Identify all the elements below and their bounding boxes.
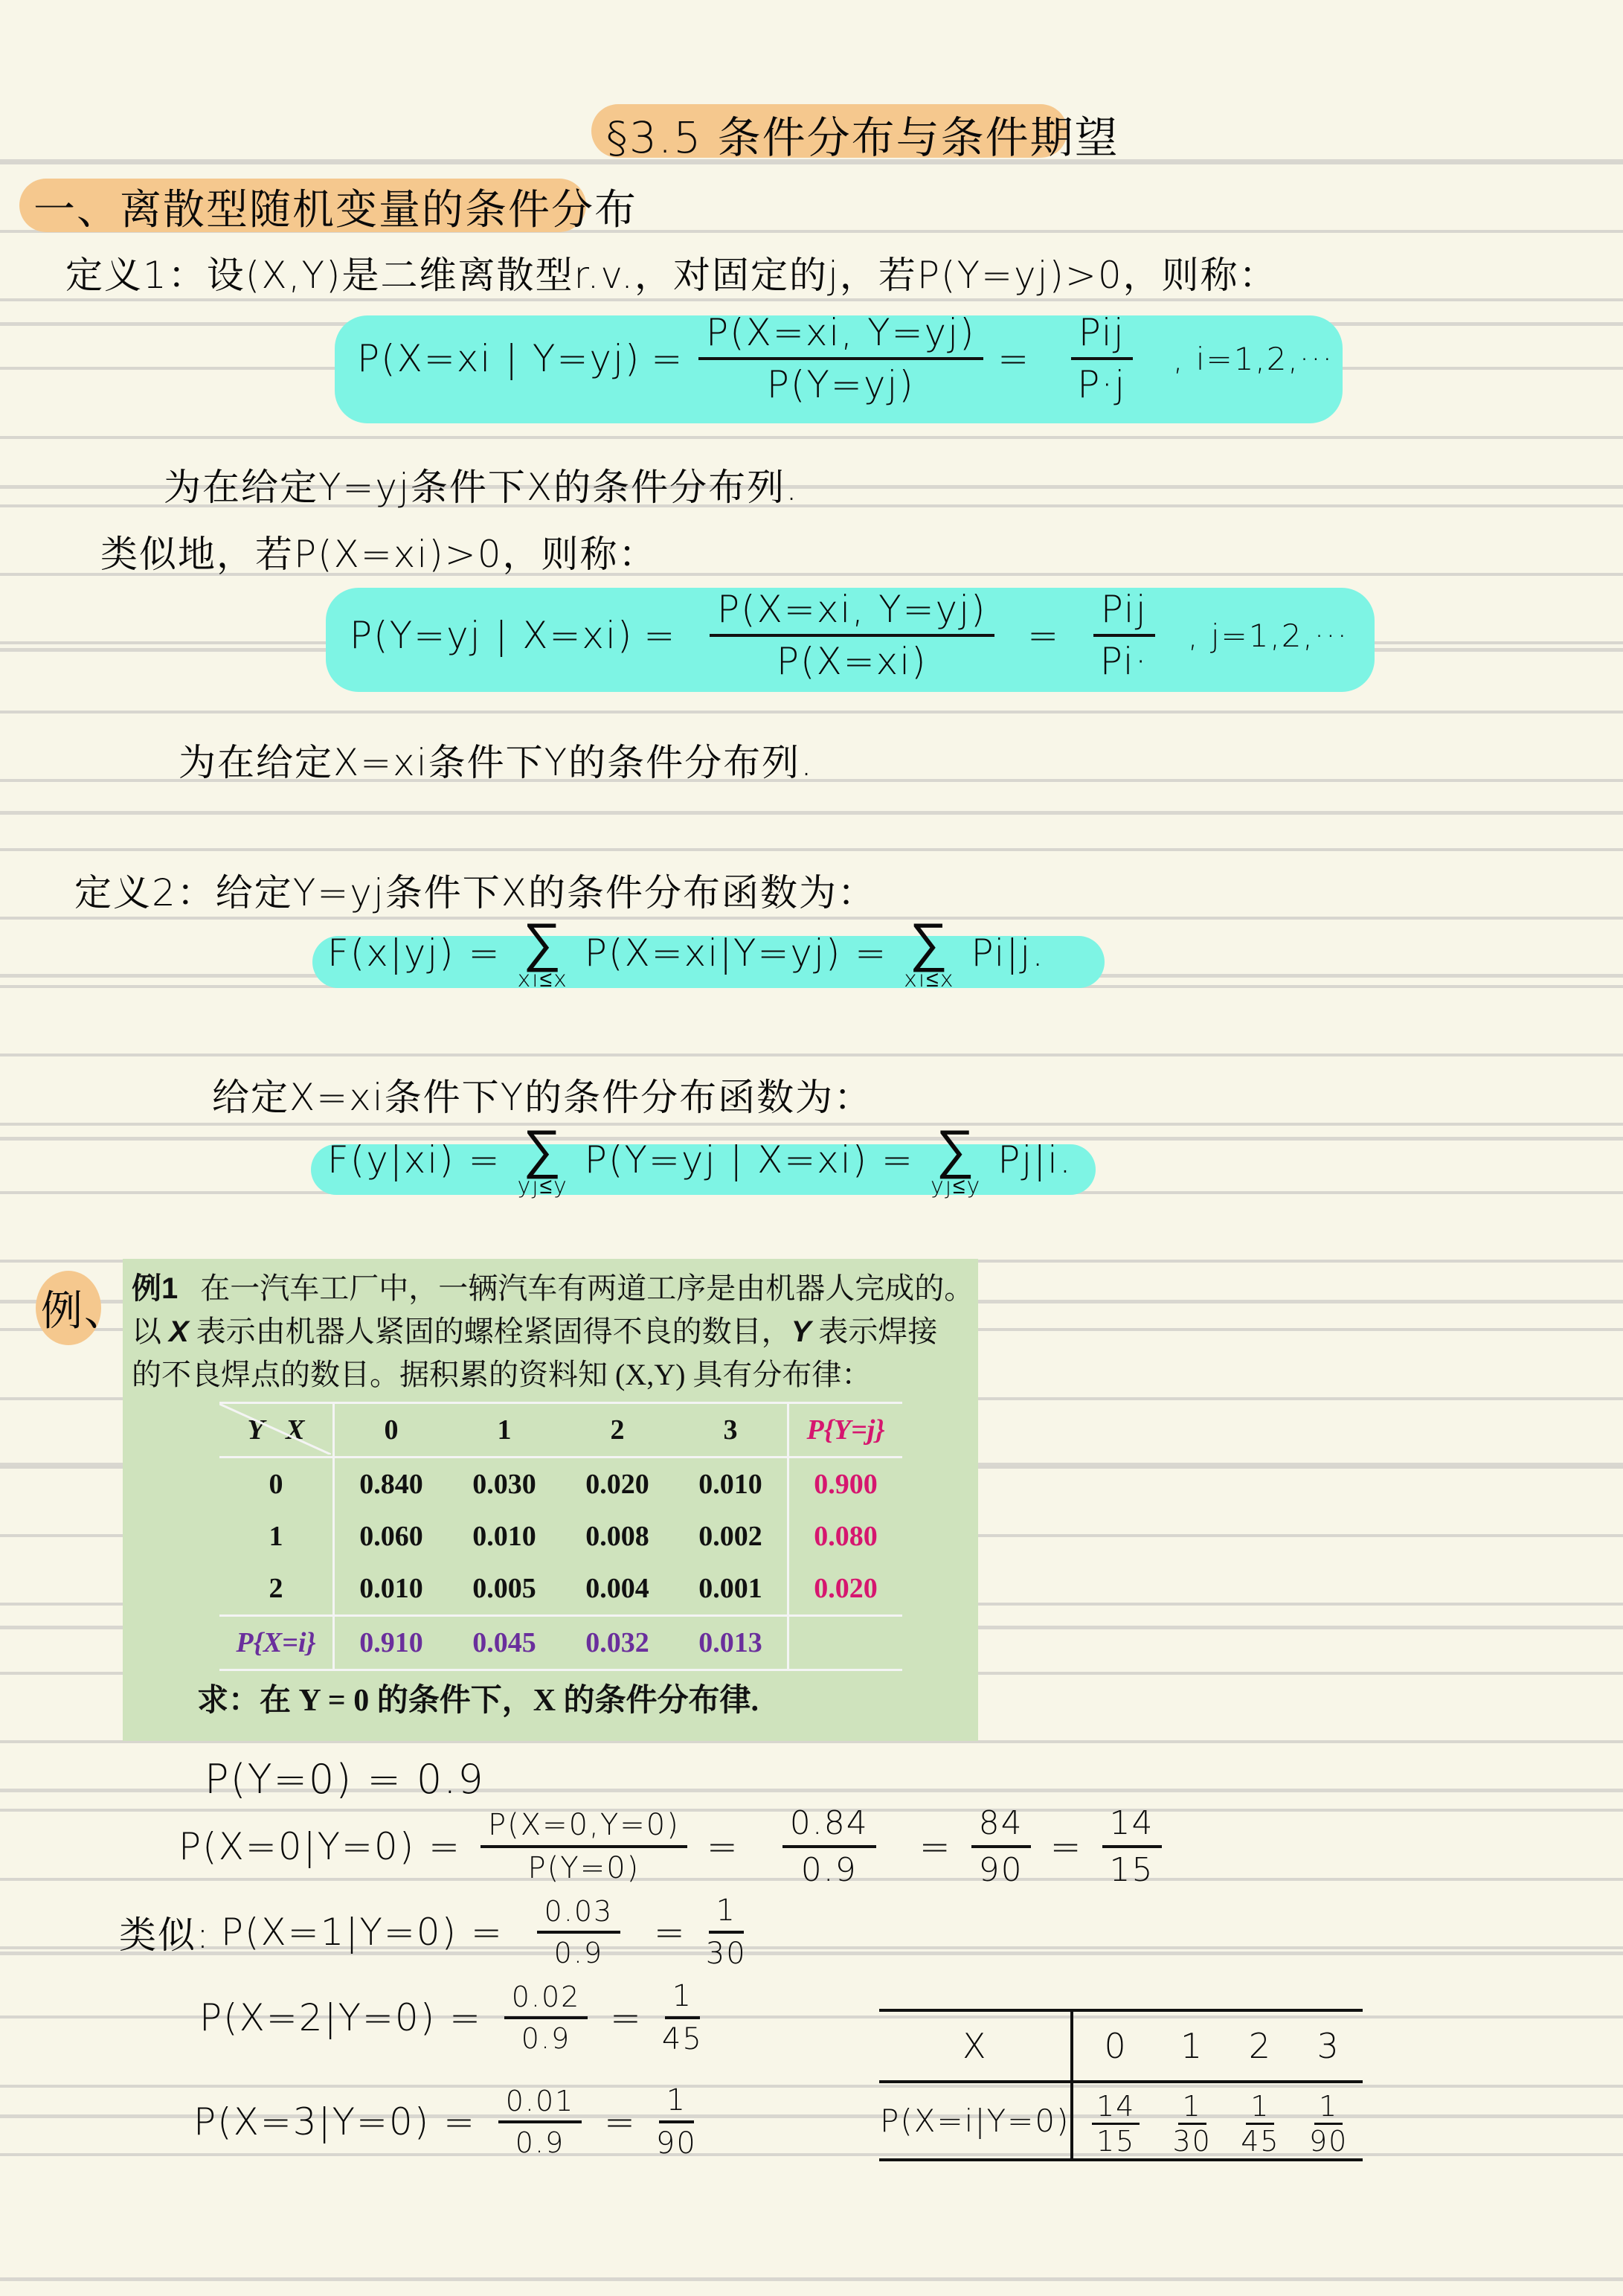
definition-2-intro: 定义2：给定Y=yj条件下X的条件分布函数为： <box>74 863 876 917</box>
joint-distribution-table: Y X 0 1 2 3 P{Y=j} 0 0.840 0.030 0.020 0… <box>219 1402 902 1671</box>
example-label: 例1 <box>132 1272 178 1305</box>
table-row: P(X=i|Y=0) 1415 130 145 190 <box>879 2082 1363 2160</box>
table-row: 1 0.060 0.010 0.008 0.002 0.080 <box>219 1510 902 1562</box>
marginal-py0: P(Y=0) = 0.9 <box>205 1756 485 1803</box>
diagonal-divider <box>219 1404 331 1455</box>
conditional-pmf-y-given-x: P(Y=yj | X=xi) = P(X=xi, Y=yj) P(X=xi) =… <box>350 588 1349 683</box>
caption-conditional-distribution-x: 为在给定Y=yj条件下X的条件分布列. <box>164 458 799 511</box>
corner-cell: Y X <box>219 1403 334 1458</box>
summation-symbol: ∑ xi≤x <box>904 915 954 991</box>
definition-1-intro: 定义1：设(X,Y)是二维离散型r.v.，对固定的j，若P(Y=yj)>0，则称… <box>65 246 1278 299</box>
table-header-row: Y X 0 1 2 3 P{Y=j} <box>219 1403 902 1458</box>
page-title: §3.5 条件分布与条件期望 <box>606 103 1119 165</box>
conditional-distribution-answer-table: X 0 1 2 3 P(X=i|Y=0) 1415 130 145 190 <box>879 2009 1363 2161</box>
conditional-cdf-x-given-y: F(x|yj) = ∑ xi≤x P(X=xi|Y=yj) = ∑ xi≤x P… <box>327 915 1045 991</box>
summation-symbol: ∑ xi≤x <box>517 915 568 991</box>
fraction-pij-over-pdotj: Pij P·j <box>1050 311 1154 406</box>
solution-step-x1: 类似: P(X=1|Y=0) = 0.030.9 = 130 <box>119 1893 756 1971</box>
equals-sign: = <box>643 614 676 657</box>
example-line-3: 的不良焊点的数目。据积累的资料知 (X,Y) 具有分布律： <box>132 1351 871 1394</box>
equals-sign: = <box>1027 614 1060 657</box>
solution-step-x3: P(X=3|Y=0) = 0.010.9 = 190 <box>193 2083 706 2161</box>
similarly-statement: 类似地，若P(X=xi)>0，则称： <box>100 525 658 578</box>
table-row: 0 0.840 0.030 0.020 0.010 0.900 <box>219 1458 902 1511</box>
definition-2-intro-y: 给定X=xi条件下Y的条件分布函数为： <box>212 1068 872 1121</box>
formula-lhs: P(Y=yj | X=xi) <box>350 614 633 657</box>
solution-step-x2: P(X=2|Y=0) = 0.020.9 = 145 <box>199 1979 712 2056</box>
marginal-x-row: P{X=i} 0.910 0.045 0.032 0.013 <box>219 1616 902 1670</box>
table-row: X 0 1 2 3 <box>879 2010 1363 2082</box>
marginal-y-header: P{Y=j} <box>788 1403 903 1458</box>
summation-symbol: ∑ yj≤y <box>517 1122 568 1198</box>
example-marker: 例、 <box>41 1278 127 1338</box>
table-row: 2 0.010 0.005 0.004 0.001 0.020 <box>219 1562 902 1616</box>
conditional-cdf-y-given-x: F(y|xi) = ∑ yj≤y P(Y=yj | X=xi) = ∑ yj≤y… <box>327 1122 1073 1198</box>
section-heading: 一、离散型随机变量的条件分布 <box>33 177 637 237</box>
example-question: 求：在 Y = 0 的条件下，X 的条件分布律. <box>197 1675 759 1720</box>
index-range: , i=1,2,··· <box>1173 341 1334 377</box>
caption-conditional-distribution-y: 为在给定X=xi条件下Y的条件分布列. <box>179 733 814 786</box>
summation-symbol: ∑ yj≤y <box>931 1122 981 1198</box>
equals-sign: = <box>997 337 1030 380</box>
fraction-joint-over-marginal: P(X=xi, Y=yj) P(X=xi) <box>695 588 1008 683</box>
equals-sign: = <box>651 337 684 380</box>
example-problem-box: 例1 在一汽车工厂中，一辆汽车有两道工序是由机器人完成的。 以 X 表示由机器人… <box>123 1259 978 1741</box>
fraction-joint-over-marginal: P(X=xi, Y=yj) P(Y=yj) <box>703 311 978 406</box>
example-line-1: 例1 在一汽车工厂中，一辆汽车有两道工序是由机器人完成的。 <box>132 1265 974 1307</box>
conditional-pmf-x-given-y: P(X=xi | Y=yj) = P(X=xi, Y=yj) P(Y=yj) =… <box>357 311 1334 406</box>
solution-step-x0: P(X=0|Y=0) = P(X=0,Y=0)P(Y=0) = 0.840.9 … <box>179 1804 1171 1889</box>
formula-lhs: P(X=xi | Y=yj) <box>357 337 640 380</box>
example-line-2: 以 X 表示由机器人紧固的螺栓紧固得不良的数目，Y 表示焊接 <box>132 1308 937 1350</box>
fraction-pij-over-pidot: Pij Pi· <box>1079 588 1169 683</box>
index-range: , j=1,2,··· <box>1188 618 1349 654</box>
